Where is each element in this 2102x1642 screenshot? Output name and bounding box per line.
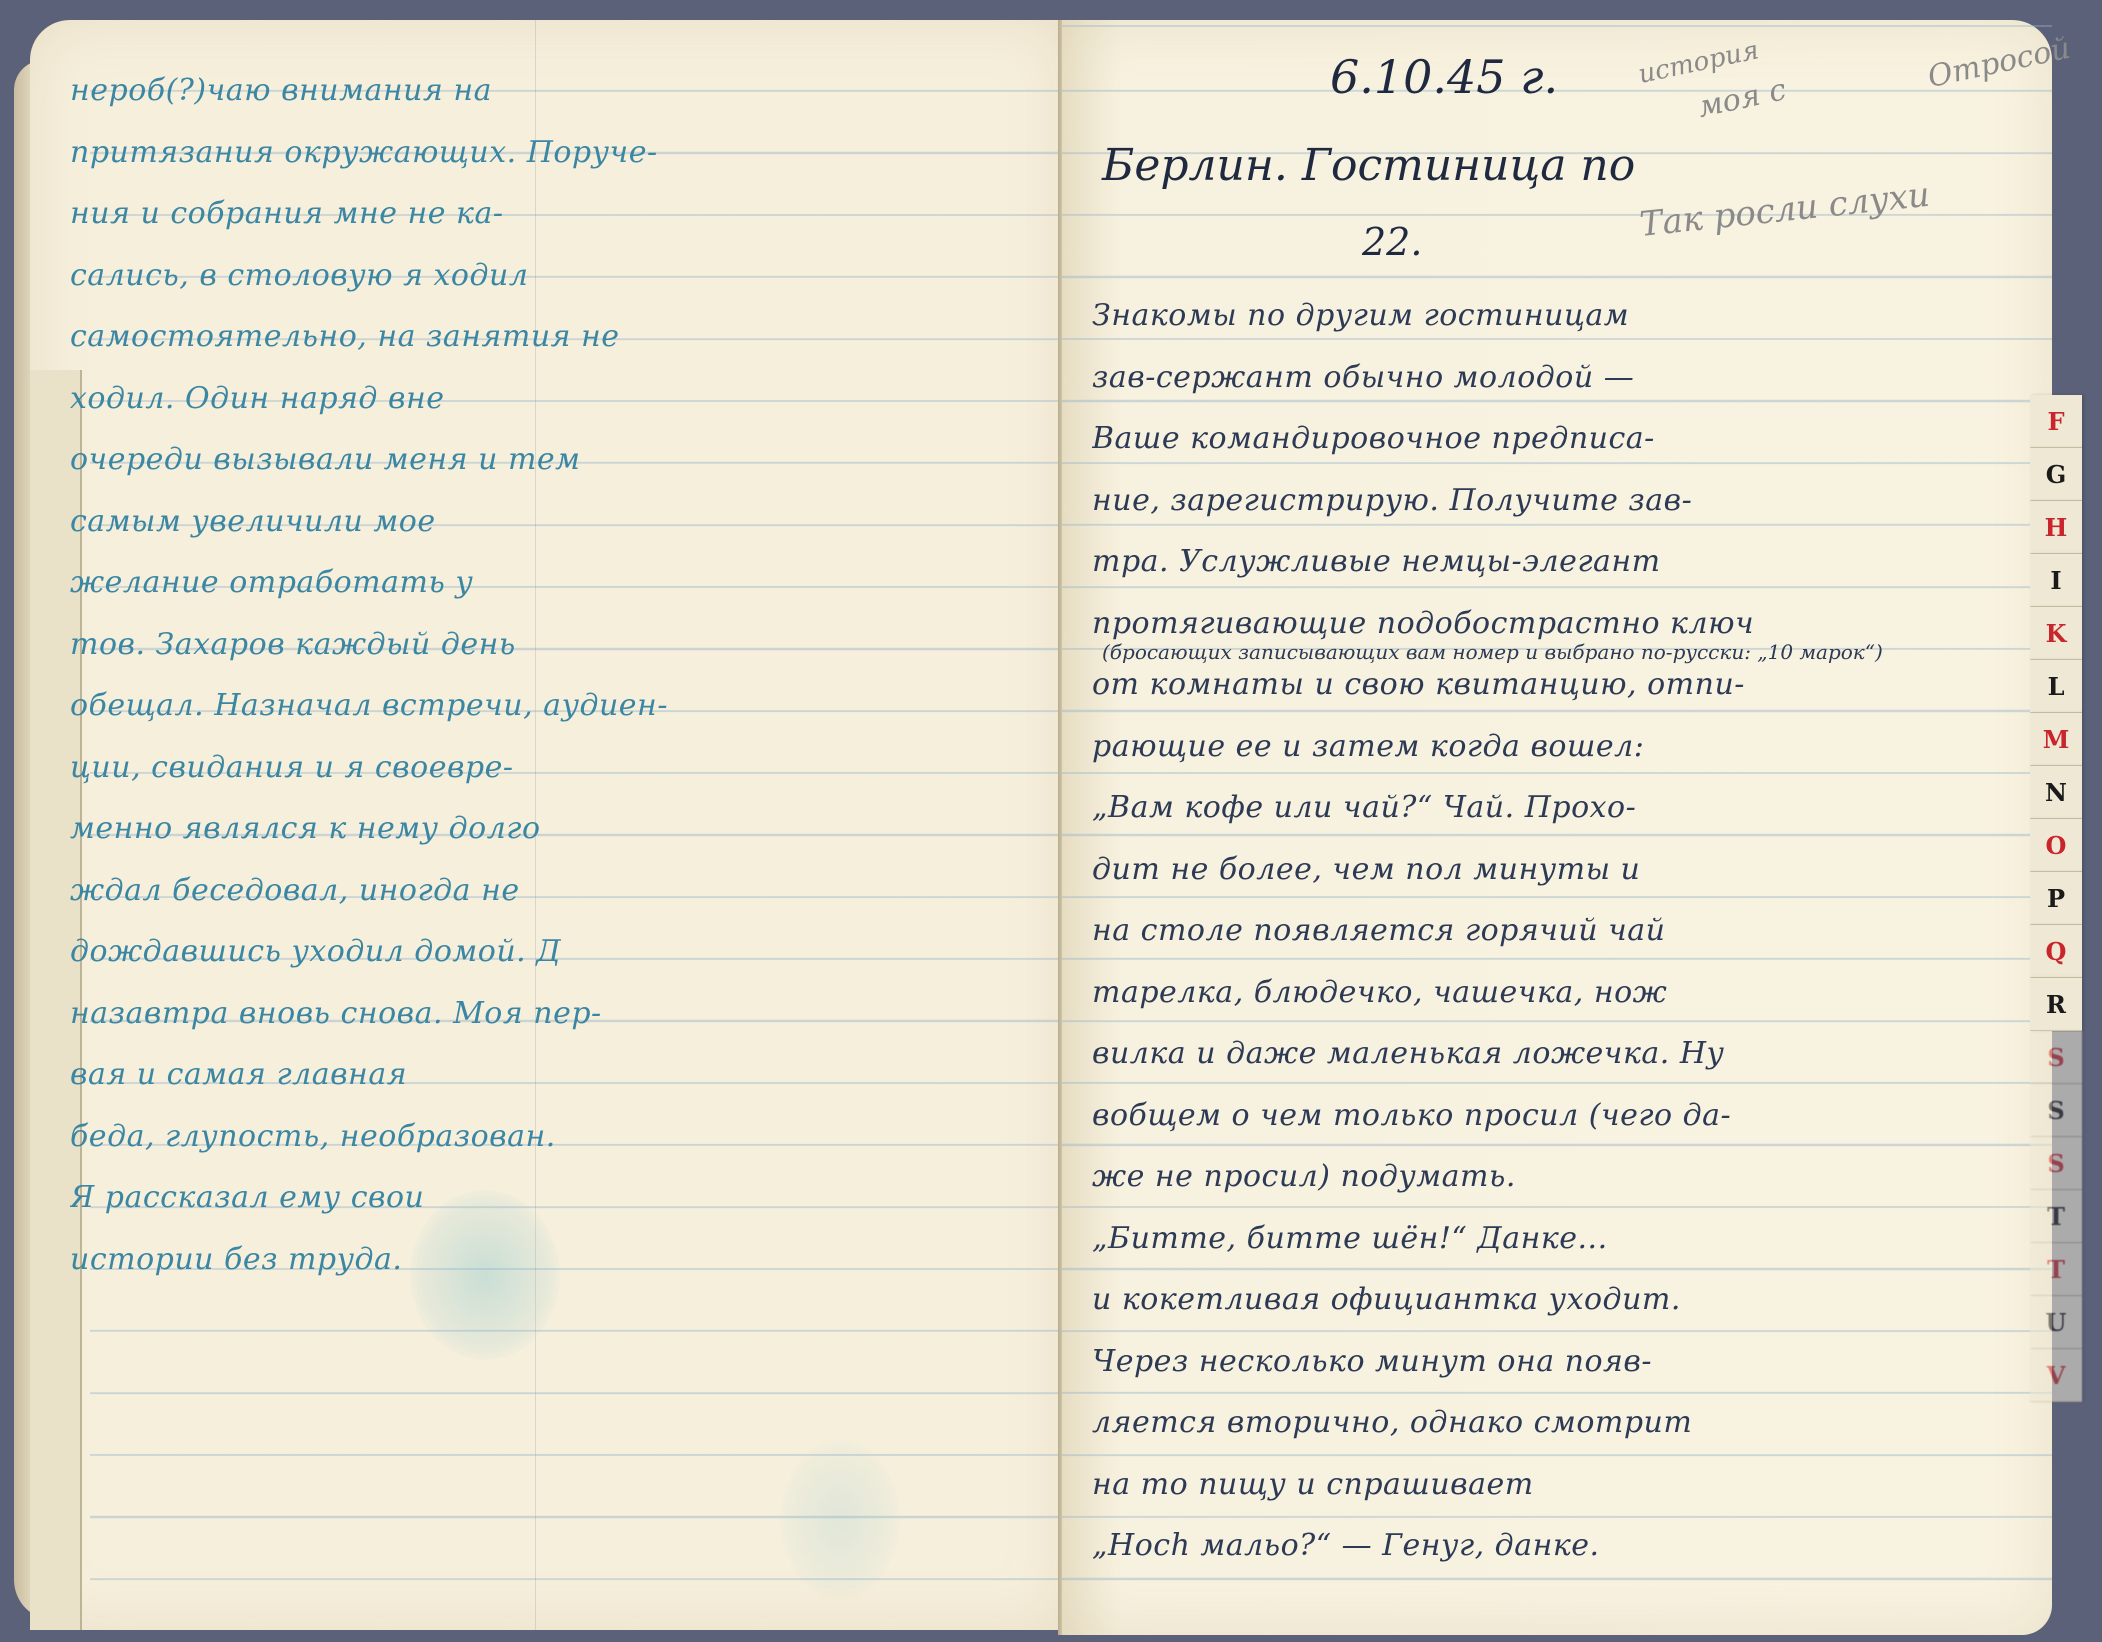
text-line: зав-сержант обычно молодой — — [1092, 347, 2032, 409]
text-line: назавтра вновь снова. Моя пер- — [70, 983, 1060, 1045]
text-line: Я рассказал ему свои — [70, 1167, 1060, 1229]
pencil-note: моя с — [1695, 72, 1789, 125]
text-line: „Ноch мальо?“ — Генуг, данке. — [1092, 1515, 2032, 1577]
text-line: вая и самая главная — [70, 1044, 1060, 1106]
text-line: притязания окружающих. Поруче- — [70, 122, 1060, 184]
text-line: Ваше командировочное предписа- — [1092, 408, 2032, 470]
left-page: нероб(?)чаю внимания на притязания окруж… — [30, 20, 1065, 1630]
text-line: рающие ее и затем когда вошел: — [1092, 716, 2032, 778]
index-tab-p[interactable]: P — [2030, 872, 2082, 925]
room-number: 22. — [1362, 220, 1422, 264]
text-line: желание отработать у — [70, 552, 1060, 614]
text-line: тра. Услужливые немцы-элегант — [1092, 531, 2032, 593]
text-line: беда, глупость, необразован. — [70, 1106, 1060, 1168]
index-tab-o[interactable]: O — [2030, 819, 2082, 872]
text-line: ние, зарегистрирую. Получите зав- — [1092, 470, 2032, 532]
entry-heading: Берлин. Гостиница по — [1102, 140, 1635, 191]
water-stain — [780, 1440, 900, 1600]
text-line: самым увеличили мое — [70, 491, 1060, 553]
left-page-text: нероб(?)чаю внимания на притязания окруж… — [70, 60, 1060, 1290]
text-line: самостоятельно, на занятия не — [70, 306, 1060, 368]
index-tab-t[interactable]: T — [2030, 1243, 2082, 1296]
index-tab-q[interactable]: Q — [2030, 925, 2082, 978]
text-line: ции, свидания и я своевре- — [70, 737, 1060, 799]
text-line: „Вам кофе или чай?“ Чай. Прохо- — [1092, 777, 2032, 839]
index-tab-m[interactable]: M — [2030, 713, 2082, 766]
alphabet-index-tabs: FGHIKLMNOPQRSSSTTUV — [2030, 395, 2082, 1402]
inserted-annotation: (бросающих записывающих вам номер и выбр… — [1102, 640, 1883, 664]
index-tab-g[interactable]: G — [2030, 448, 2082, 501]
text-line: и кокетливая официантка уходит. — [1092, 1269, 2032, 1331]
text-line: менно являлся к нему долго — [70, 798, 1060, 860]
right-page: 6.10.45 г. Берлин. Гостиница по 22. исто… — [1062, 20, 2052, 1635]
index-tab-s[interactable]: S — [2030, 1031, 2082, 1084]
text-line: ляется вторично, однако смотрит — [1092, 1392, 2032, 1454]
index-tab-r[interactable]: R — [2030, 978, 2082, 1031]
index-tab-l[interactable]: L — [2030, 660, 2082, 713]
text-line: тов. Захаров каждый день — [70, 614, 1060, 676]
text-line: дождавшись уходил домой. Д — [70, 921, 1060, 983]
text-line: нероб(?)чаю внимания на — [70, 60, 1060, 122]
index-tab-s[interactable]: S — [2030, 1137, 2082, 1190]
right-page-text: Знакомы по другим гостиницам зав-сержант… — [1092, 285, 2032, 1577]
index-tab-s[interactable]: S — [2030, 1084, 2082, 1137]
text-line: сались, в столовую я ходил — [70, 245, 1060, 307]
index-tab-i[interactable]: I — [2030, 554, 2082, 607]
text-line: „Битте, битте шён!“ Данке... — [1092, 1208, 2032, 1270]
text-line: дит не более, чем пол минуты и — [1092, 839, 2032, 901]
text-line: Знакомы по другим гостиницам — [1092, 285, 2032, 347]
pencil-note: Так росли слухи — [1638, 175, 1932, 245]
text-line: ждал беседовал, иногда не — [70, 860, 1060, 922]
text-line: тарелка, блюдечко, чашечка, нож — [1092, 962, 2032, 1024]
text-line: очереди вызывали меня и тем — [70, 429, 1060, 491]
text-line: же не просил) подумать. — [1092, 1146, 2032, 1208]
index-tab-n[interactable]: N — [2030, 766, 2082, 819]
index-tab-f[interactable]: F — [2030, 395, 2082, 448]
text-line: ния и собрания мне не ка- — [70, 183, 1060, 245]
index-tab-v[interactable]: V — [2030, 1349, 2082, 1402]
index-tab-u[interactable]: U — [2030, 1296, 2082, 1349]
index-tab-k[interactable]: K — [2030, 607, 2082, 660]
text-line: на столе появляется горячий чай — [1092, 900, 2032, 962]
index-tab-t[interactable]: T — [2030, 1190, 2082, 1243]
index-tab-h[interactable]: H — [2030, 501, 2082, 554]
text-line: на то пищу и спрашивает — [1092, 1454, 2032, 1516]
text-line: вилка и даже маленькая ложечка. Ну — [1092, 1023, 2032, 1085]
text-line: Через несколько минут она появ- — [1092, 1331, 2032, 1393]
pencil-note: Отросой — [1925, 31, 2074, 95]
entry-date: 6.10.45 г. — [1330, 50, 1558, 104]
text-line: вобщем о чем только просил (чего да- — [1092, 1085, 2032, 1147]
text-line: обещал. Назначал встречи, аудиен- — [70, 675, 1060, 737]
notebook-spread: нероб(?)чаю внимания на притязания окруж… — [0, 0, 2102, 1642]
text-line: ходил. Один наряд вне — [70, 368, 1060, 430]
text-line: истории без труда. — [70, 1229, 1060, 1291]
